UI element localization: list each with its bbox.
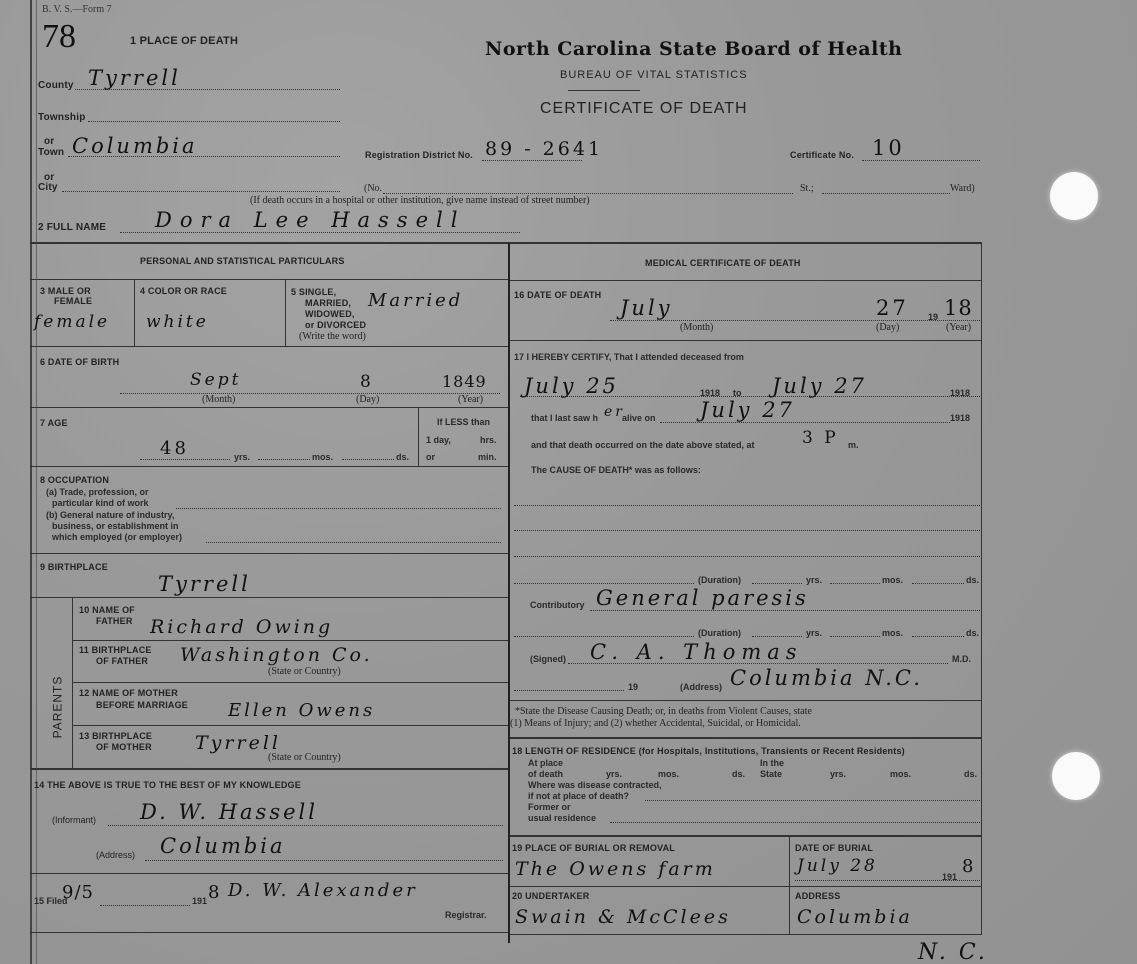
registration-district-line <box>482 160 582 161</box>
death-time-label: and that death occurred on the date abov… <box>531 440 755 450</box>
mother-name-label-1: 12 NAME OF MOTHER <box>79 688 178 698</box>
medical-section-title: MEDICAL CERTIFICATE OF DEATH <box>645 258 801 268</box>
record-number: 78 <box>42 18 76 56</box>
registration-district-label: Registration District No. <box>365 150 473 160</box>
marital-label-1: 5 SINGLE, <box>291 287 336 297</box>
age-ds-label: ds. <box>396 452 409 462</box>
row-rule-filed <box>30 873 508 874</box>
one-day-label: 1 day, <box>426 435 451 445</box>
mother-birthplace-label-2: OF MOTHER <box>96 742 152 752</box>
age-ds-line <box>342 459 394 460</box>
personal-header-rule <box>30 279 508 280</box>
duration-mos-line-2 <box>830 636 880 637</box>
dod-year-suffix: 18 <box>944 296 973 320</box>
certificate-no-value: 10 <box>872 136 905 160</box>
dod-year-prefix: 19 <box>928 312 938 322</box>
informant-address-label: (Address) <box>96 850 135 860</box>
occupation-a-label-1: (a) Trade, profession, or <box>46 487 149 497</box>
age-label: 7 AGE <box>40 418 68 428</box>
md-label: M.D. <box>952 654 971 664</box>
dob-year-caption: (Year) <box>458 394 483 405</box>
informant-line <box>108 825 503 826</box>
signed-value: C. A. Thomas <box>590 640 803 664</box>
mother-name-value: Ellen Owens <box>228 700 375 721</box>
mother-name-label-2: BEFORE MARRIAGE <box>96 700 188 710</box>
registrar-value: D. W. Alexander <box>228 880 418 901</box>
sex-race-divider <box>134 280 135 346</box>
in-state-mos-label: mos. <box>890 769 911 779</box>
full-name-line <box>120 232 520 233</box>
county-label: County <box>38 80 74 91</box>
burial-year-suffix: 8 <box>962 856 974 877</box>
town-or-label: or <box>44 136 54 147</box>
row-rule-father-birthplace <box>73 640 508 641</box>
header-divider <box>568 90 640 91</box>
dod-label: 16 DATE OF DEATH <box>514 290 601 300</box>
at-place-ds-label: ds. <box>732 769 745 779</box>
min-label: min. <box>478 452 497 462</box>
last-saw-line <box>660 422 950 423</box>
father-name-label-1: 10 NAME OF <box>79 605 135 615</box>
county-value: Tyrrell <box>88 66 181 90</box>
residence-label: 18 LENGTH OF RESIDENCE (for Hospitals, I… <box>512 746 905 756</box>
dod-line <box>610 320 980 321</box>
undertaker-address-label: ADDRESS <box>795 891 840 901</box>
race-value: white <box>146 312 209 332</box>
in-state-yrs-label: yrs. <box>830 769 846 779</box>
marital-label-3: WIDOWED, <box>305 309 355 319</box>
duration-yrs-line-2 <box>752 636 802 637</box>
signed-year-prefix: 19 <box>628 682 638 692</box>
birthplace-value: Tyrrell <box>158 572 251 596</box>
table-right-border <box>981 243 982 935</box>
dob-label: 6 DATE OF BIRTH <box>40 357 119 367</box>
street-st-label: St.; <box>800 183 814 194</box>
left-bottom-rule <box>30 932 508 933</box>
left-border-inner <box>36 0 37 964</box>
father-name-value: Richard Owing <box>150 616 333 638</box>
duration-line-1 <box>514 583 694 584</box>
or-label: or <box>426 452 435 462</box>
marital-label-2: MARRIED, <box>305 298 351 308</box>
age-years-line <box>140 459 230 460</box>
punch-hole-top <box>1050 172 1098 220</box>
father-birthplace-label-1: 11 BIRTHPLACE <box>79 645 152 655</box>
at-place-yrs-label: yrs. <box>606 769 622 779</box>
ward-label: Ward) <box>950 183 975 194</box>
dob-day-caption: (Day) <box>356 394 379 405</box>
burial-place-value: The Owens farm <box>515 858 716 880</box>
registration-district-value: 89 - 2641 <box>485 138 603 160</box>
informant-address-line <box>145 860 503 861</box>
dod-year-caption: (Year) <box>946 322 971 333</box>
at-place-label-1: At place <box>528 758 563 768</box>
duration-ds-line-1 <box>912 583 964 584</box>
attended-from-year: 1918 <box>700 388 720 398</box>
street-no-label: (No. <box>364 183 382 194</box>
place-of-death-section-label: 1 PLACE OF DEATH <box>130 35 238 47</box>
duration-yrs-label-1: yrs. <box>806 575 822 585</box>
death-time-value: 3 P <box>802 428 839 448</box>
where-contracted-label-2: if not at place of death? <box>528 791 629 801</box>
attended-from-value: July 25 <box>524 374 619 398</box>
father-birthplace-label-2: OF FATHER <box>96 656 148 666</box>
alive-on-label: alive on <box>622 413 656 423</box>
row-rule-parents <box>30 597 508 598</box>
former-residence-label-1: Former or <box>528 802 571 812</box>
row-rule-dob <box>30 346 508 347</box>
filed-year-prefix: 191 <box>192 896 207 906</box>
in-state-label-1: In the <box>760 758 784 768</box>
row-rule-footnote <box>510 700 982 701</box>
dod-day: 27 <box>876 296 909 320</box>
full-name-value: Dora Lee Hassell <box>155 208 465 232</box>
dod-month: July <box>620 296 673 320</box>
duration-ds-label-2: ds. <box>966 628 979 638</box>
row-rule-occupation <box>30 466 508 467</box>
left-border <box>30 0 32 964</box>
certificate-no-line <box>862 160 980 161</box>
filed-line <box>100 905 190 906</box>
ward-line <box>822 193 950 194</box>
undertaker-value: Swain & McClees <box>515 906 731 928</box>
last-saw-label: that I last saw h <box>531 413 598 423</box>
center-divider <box>508 243 510 943</box>
duration-yrs-label-2: yrs. <box>806 628 822 638</box>
birthplace-label: 9 BIRTHPLACE <box>40 562 108 572</box>
bureau-title: BUREAU OF VITAL STATISTICS <box>560 69 748 81</box>
occupation-label: 8 OCCUPATION <box>40 475 109 485</box>
row-rule-mother-birthplace <box>73 725 508 726</box>
contributory-line <box>590 610 980 611</box>
dob-month: Sept <box>190 370 241 390</box>
father-name-label-2: FATHER <box>96 616 133 626</box>
dod-month-caption: (Month) <box>680 322 713 333</box>
contributory-label: Contributory <box>530 600 585 610</box>
in-state-label-2: State <box>760 769 782 779</box>
full-name-label: 2 FULL NAME <box>38 222 106 233</box>
certificate-title: CERTIFICATE OF DEATH <box>540 100 748 118</box>
town-label: Town <box>38 147 64 158</box>
row-rule-undertaker <box>510 886 982 887</box>
city-line <box>62 191 340 192</box>
undertaker-address-value: Columbia <box>797 906 913 928</box>
dob-year: 1849 <box>442 372 487 391</box>
cause-line-3 <box>514 556 980 557</box>
row-rule-mother <box>73 682 508 683</box>
informant-address-value: Columbia <box>160 834 286 858</box>
row-rule-burial <box>510 835 982 837</box>
burial-date-value: July 28 <box>797 856 878 876</box>
dob-month-caption: (Month) <box>202 394 235 405</box>
footnote-line-1: *State the Disease Causing Death; or, in… <box>515 706 812 717</box>
township-label: Township <box>38 112 86 123</box>
row-rule-birthplace <box>30 553 508 554</box>
sex-value: female <box>34 312 110 332</box>
burial-divider <box>789 836 790 934</box>
row-rule-age <box>30 407 508 408</box>
duration-yrs-line-1 <box>752 583 802 584</box>
burial-place-label: 19 PLACE OF BURIAL OR REMOVAL <box>512 843 675 853</box>
contributory-value: General paresis <box>596 586 809 610</box>
occupation-b-line <box>206 542 501 543</box>
sex-label-2: FEMALE <box>54 296 92 306</box>
physician-address-label: (Address) <box>680 682 722 692</box>
duration-mos-line-1 <box>830 583 880 584</box>
marital-label-5: (Write the word) <box>299 331 366 342</box>
mother-birthplace-label-1: 13 BIRTHPLACE <box>79 731 152 741</box>
sex-label-1: 3 MALE OR <box>40 286 91 296</box>
mother-birthplace-caption: (State or Country) <box>268 752 341 763</box>
township-line <box>88 121 340 122</box>
cause-line-1 <box>514 505 980 506</box>
age-years-value: 48 <box>160 438 189 459</box>
father-birthplace-value: Washington Co. <box>180 644 373 666</box>
certificate-no-label: Certificate No. <box>790 150 854 160</box>
burial-date-label: DATE OF BURIAL <box>795 843 873 853</box>
attended-to-value: July 27 <box>772 374 867 398</box>
informant-label: (Informant) <box>52 815 96 825</box>
cause-line-2 <box>514 530 980 531</box>
in-state-ds-label: ds. <box>964 769 977 779</box>
mother-birthplace-value: Tyrrell <box>195 732 281 754</box>
occupation-b-label-2: business, or establishment in <box>52 521 179 531</box>
marital-label-4: or DIVORCED <box>305 320 366 330</box>
informant-section-label: 14 THE ABOVE IS TRUE TO THE BEST OF MY K… <box>34 780 301 790</box>
occupation-a-line <box>176 508 501 509</box>
hospital-note: (If death occurs in a hospital or other … <box>250 195 590 206</box>
dod-day-caption: (Day) <box>876 322 899 333</box>
duration-label-2: (Duration) <box>698 628 741 638</box>
duration-line-2 <box>514 636 694 637</box>
dob-day: 8 <box>360 372 374 392</box>
city-label: City <box>38 182 58 193</box>
signed-date-line <box>514 690 624 691</box>
at-place-mos-label: mos. <box>658 769 679 779</box>
burial-year-prefix: 191 <box>942 872 957 882</box>
town-value: Columbia <box>72 134 198 158</box>
parents-divider <box>72 598 73 768</box>
less-than-label: If LESS than <box>437 417 490 427</box>
race-marital-divider <box>285 280 286 346</box>
duration-mos-label-2: mos. <box>882 628 903 638</box>
certify-label: 17 I HEREBY CERTIFY, That I attended dec… <box>514 352 744 362</box>
occupation-b-label-3: which employed (or employer) <box>52 532 182 542</box>
age-mos-label: mos. <box>312 452 333 462</box>
medical-header-rule <box>510 280 982 281</box>
cause-label: The CAUSE OF DEATH* was as follows: <box>531 465 701 475</box>
table-top-border <box>30 242 982 244</box>
where-contracted-label-1: Where was disease contracted, <box>528 780 662 790</box>
form-id: B. V. S.—Form 7 <box>42 4 112 15</box>
filed-year-suffix: 8 <box>208 882 220 903</box>
undertaker-address-overflow: N. C. <box>918 940 988 964</box>
street-line <box>383 193 793 194</box>
hrs-label: hrs. <box>480 435 497 445</box>
row-rule-informant <box>30 768 508 770</box>
row-rule-certify <box>510 340 982 341</box>
marital-value: Married <box>368 290 463 311</box>
attended-to-label: to <box>733 388 742 398</box>
occupation-a-label-2: particular kind of work <box>52 498 149 508</box>
parents-label: PARENTS <box>50 676 64 739</box>
death-time-suffix: m. <box>848 440 859 450</box>
signed-label: (Signed) <box>530 654 566 664</box>
race-label: 4 COLOR OR RACE <box>140 286 227 296</box>
attended-to-year: 1918 <box>950 388 970 398</box>
at-place-label-2: of death <box>528 769 563 779</box>
personal-section-title: PERSONAL AND STATISTICAL PARTICULARS <box>140 256 345 266</box>
undertaker-label: 20 UNDERTAKER <box>512 891 589 901</box>
physician-address-value: Columbia N.C. <box>730 666 923 690</box>
duration-ds-line-2 <box>912 636 964 637</box>
footnote-line-2: (1) Means of Injury; and (2) whether Acc… <box>510 718 801 729</box>
occupation-b-label-1: (b) General nature of industry, <box>46 510 174 520</box>
registrar-label: Registrar. <box>445 910 487 920</box>
last-saw-value: July 27 <box>700 398 795 422</box>
row-rule-residence <box>510 737 982 739</box>
dob-line <box>120 393 500 394</box>
last-saw-year: 1918 <box>950 413 970 423</box>
former-residence-line <box>610 822 980 823</box>
duration-mos-label-1: mos. <box>882 575 903 585</box>
board-title: North Carolina State Board of Health <box>485 38 902 60</box>
right-bottom-rule <box>510 934 982 935</box>
father-birthplace-caption: (State or Country) <box>268 666 341 677</box>
former-residence-label-2: usual residence <box>528 813 596 823</box>
filed-date-value: 9/5 <box>62 882 94 903</box>
where-contracted-line <box>645 800 980 801</box>
age-mos-line <box>258 459 310 460</box>
duration-label-1: (Duration) <box>698 575 741 585</box>
punch-hole-bottom <box>1052 752 1100 800</box>
age-yrs-label: yrs. <box>234 452 250 462</box>
age-less-divider <box>418 408 419 466</box>
informant-value: D. W. Hassell <box>140 800 318 824</box>
duration-ds-label-1: ds. <box>966 575 979 585</box>
